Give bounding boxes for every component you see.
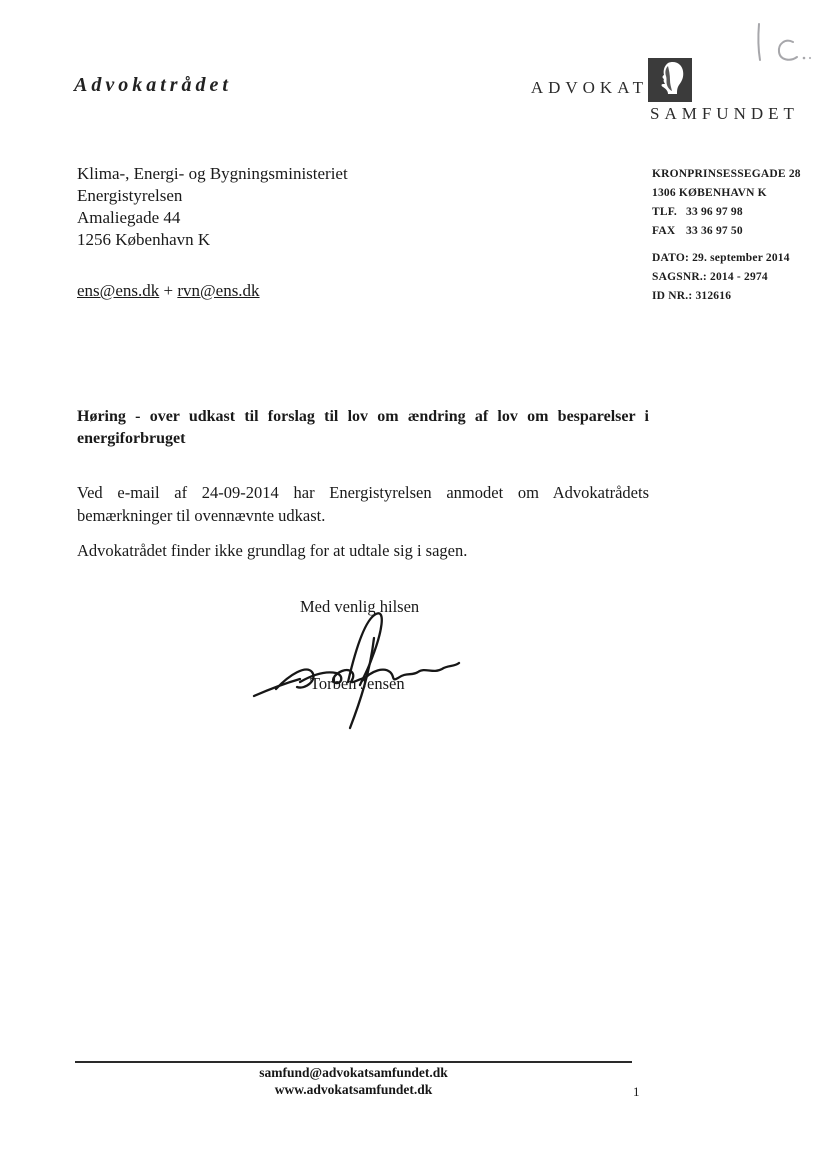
sender-street: KRONPRINSESSEGADE 28 xyxy=(652,165,801,184)
case-number: SAGSNR.: 2014 - 2974 xyxy=(652,268,801,287)
recipient-line: Energistyrelsen xyxy=(77,185,348,207)
recipient-line: Klima-, Energi- og Bygningsministeriet xyxy=(77,163,348,185)
logo-text-advokat: ADVOKAT xyxy=(531,78,648,98)
fax-label: FAX xyxy=(652,222,686,241)
footer-divider xyxy=(75,1061,632,1063)
footer-website: www.advokatsamfundet.dk xyxy=(75,1081,632,1098)
sender-info-block: KRONPRINSESSEGADE 28 1306 KØBENHAVN K TL… xyxy=(652,165,801,306)
handwritten-note-1c xyxy=(745,18,825,73)
letter-subject: Høring - over udkast til forslag til lov… xyxy=(77,406,649,450)
email-address-rvn: rvn@ens.dk xyxy=(177,281,259,300)
sender-city: 1306 KØBENHAVN K xyxy=(652,184,801,203)
logo-text-samfundet: SAMFUNDET xyxy=(650,104,799,124)
footer-email: samfund@advokatsamfundet.dk xyxy=(75,1064,632,1081)
id-number: ID NR.: 312616 xyxy=(652,287,801,306)
scanned-letter-page: { "annotation": { "text": "1 c.." }, "se… xyxy=(0,0,828,1169)
phone-label: TLF. xyxy=(652,203,686,222)
email-address-ens: ens@ens.dk xyxy=(77,281,159,300)
recipient-address-block: Klima-, Energi- og Bygningsministeriet E… xyxy=(77,163,348,251)
footer-contact-block: samfund@advokatsamfundet.dk www.advokats… xyxy=(75,1064,632,1098)
fax-value: 33 36 97 50 xyxy=(686,222,743,241)
sender-fax-row: FAX 33 36 97 50 xyxy=(652,222,801,241)
signer-name: Torben Jensen xyxy=(310,674,405,694)
recipient-email-line: ens@ens.dk + rvn@ens.dk xyxy=(77,281,260,301)
body-paragraph-2: Advokatrådet finder ikke grundlag for at… xyxy=(77,539,649,562)
phone-value: 33 96 97 98 xyxy=(686,203,743,222)
sender-wordmark: Advokatrådet xyxy=(74,74,232,97)
advokatsamfundet-emblem-icon xyxy=(648,58,692,102)
email-separator: + xyxy=(159,281,177,300)
recipient-line: Amaliegade 44 xyxy=(77,207,348,229)
sender-phone-row: TLF. 33 96 97 98 xyxy=(652,203,801,222)
subject-line-1: Høring - over udkast til forslag til lov… xyxy=(77,406,649,428)
subject-line-2: energiforbruget xyxy=(77,428,649,450)
body-paragraph-1: Ved e-mail af 24-09-2014 har Energistyre… xyxy=(77,481,649,527)
letter-date: DATO: 29. september 2014 xyxy=(652,249,801,268)
page-number: 1 xyxy=(633,1084,640,1100)
recipient-line: 1256 København K xyxy=(77,229,348,251)
handwritten-signature xyxy=(248,610,478,730)
